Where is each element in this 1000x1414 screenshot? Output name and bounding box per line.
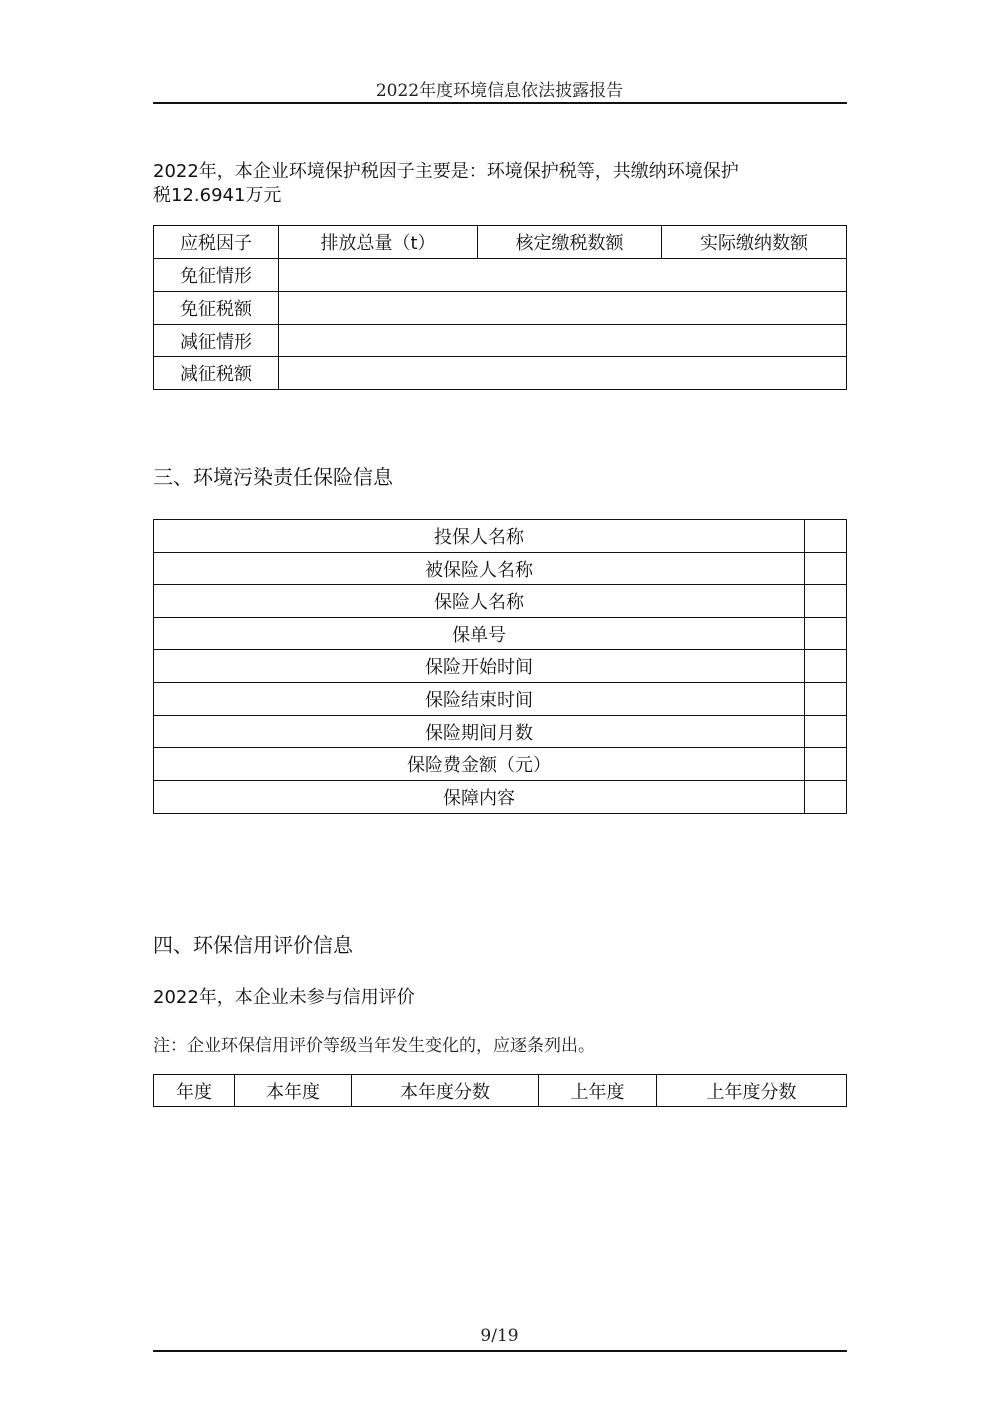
table-row: 减征税额 bbox=[154, 357, 847, 390]
header-current-year: 本年度 bbox=[235, 1075, 352, 1107]
header-tax-factor: 应税因子 bbox=[154, 226, 279, 259]
row-value bbox=[805, 618, 847, 650]
credit-heading: 四、环保信用评价信息 bbox=[153, 929, 353, 958]
row-label: 保险开始时间 bbox=[154, 650, 805, 683]
row-value bbox=[279, 259, 847, 292]
table-row: 减征情形 bbox=[154, 325, 847, 357]
header-assessed-tax: 核定缴税数额 bbox=[478, 226, 662, 259]
row-value bbox=[805, 553, 847, 585]
header-previous-score: 上年度分数 bbox=[657, 1075, 847, 1107]
row-value bbox=[279, 325, 847, 357]
insurance-heading: 三、环境污染责任保险信息 bbox=[153, 461, 393, 490]
header-rule bbox=[153, 102, 847, 104]
table-row: 免征税额 bbox=[154, 292, 847, 325]
row-label: 保险结束时间 bbox=[154, 683, 805, 716]
credit-rating-table: 年度 本年度 本年度分数 上年度 上年度分数 bbox=[153, 1074, 847, 1107]
table-row: 保险费金额（元） bbox=[154, 748, 847, 781]
environmental-tax-table: 应税因子 排放总量（t） 核定缴税数额 实际缴纳数额 免征情形 免征税额 减征情… bbox=[153, 225, 847, 390]
row-label: 减征税额 bbox=[154, 357, 279, 390]
header-emission-total: 排放总量（t） bbox=[279, 226, 478, 259]
table-row: 免征情形 bbox=[154, 259, 847, 292]
tax-intro-line2: 税12.6941万元 bbox=[153, 184, 853, 208]
row-value bbox=[805, 520, 847, 553]
credit-note: 注：企业环保信用评价等级当年发生变化的，应逐条列出。 bbox=[153, 1031, 595, 1056]
row-label: 减征情形 bbox=[154, 325, 279, 357]
header-year: 年度 bbox=[154, 1075, 235, 1107]
row-label: 保险期间月数 bbox=[154, 716, 805, 748]
row-value bbox=[805, 748, 847, 781]
row-value bbox=[805, 716, 847, 748]
insurance-table: 投保人名称 被保险人名称 保险人名称 保单号 保险开始时间 保险结束时间 保险期… bbox=[153, 519, 847, 814]
row-value bbox=[805, 650, 847, 683]
header-actual-paid: 实际缴纳数额 bbox=[662, 226, 847, 259]
header-current-score: 本年度分数 bbox=[352, 1075, 539, 1107]
row-label: 保险人名称 bbox=[154, 585, 805, 618]
table-row: 投保人名称 bbox=[154, 520, 847, 553]
table-row: 保险期间月数 bbox=[154, 716, 847, 748]
table-row: 被保险人名称 bbox=[154, 553, 847, 585]
row-label: 免征情形 bbox=[154, 259, 279, 292]
row-label: 保障内容 bbox=[154, 781, 805, 814]
row-value bbox=[279, 292, 847, 325]
tax-table-header-row: 应税因子 排放总量（t） 核定缴税数额 实际缴纳数额 bbox=[154, 226, 847, 259]
row-value bbox=[805, 683, 847, 716]
table-row: 保险开始时间 bbox=[154, 650, 847, 683]
row-label: 保单号 bbox=[154, 618, 805, 650]
table-row: 保单号 bbox=[154, 618, 847, 650]
header-previous-year: 上年度 bbox=[539, 1075, 657, 1107]
row-label: 投保人名称 bbox=[154, 520, 805, 553]
row-label: 保险费金额（元） bbox=[154, 748, 805, 781]
table-row: 保险结束时间 bbox=[154, 683, 847, 716]
table-row: 保险人名称 bbox=[154, 585, 847, 618]
footer-rule bbox=[153, 1350, 847, 1352]
credit-table-header-row: 年度 本年度 本年度分数 上年度 上年度分数 bbox=[154, 1075, 847, 1107]
tax-intro-line1: 2022年，本企业环境保护税因子主要是：环境保护税等，共缴纳环境保护 bbox=[153, 160, 853, 184]
row-value bbox=[279, 357, 847, 390]
page-number: 9/19 bbox=[153, 1326, 846, 1346]
row-value bbox=[805, 585, 847, 618]
row-label: 免征税额 bbox=[154, 292, 279, 325]
report-title: 2022年度环境信息依法披露报告 bbox=[153, 76, 846, 101]
credit-statement: 2022年，本企业未参与信用评价 bbox=[153, 986, 853, 1010]
row-value bbox=[805, 781, 847, 814]
row-label: 被保险人名称 bbox=[154, 553, 805, 585]
table-row: 保障内容 bbox=[154, 781, 847, 814]
